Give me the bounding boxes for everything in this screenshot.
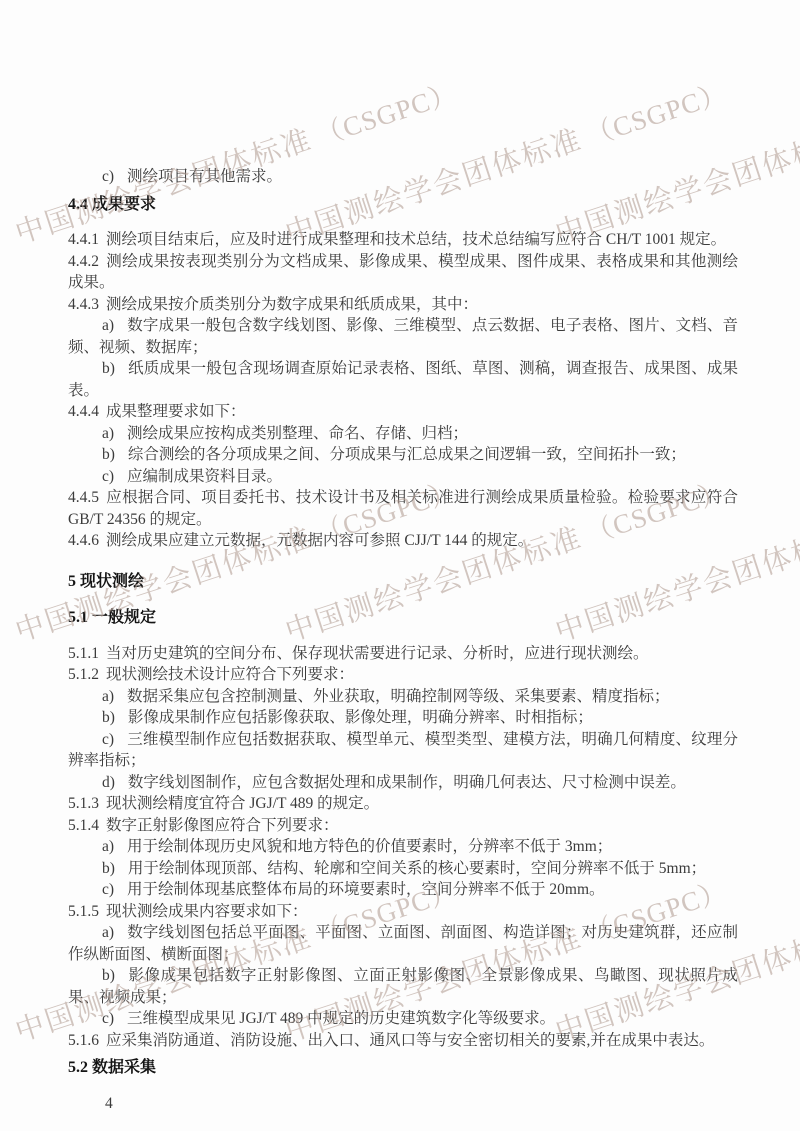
list-item: b)影像成果制作应包括影像获取、影像处理，明确分辨率、时相指标； (68, 707, 738, 729)
document-content: c)测绘项目有其他需求。4.4 成果要求4.4.1测绘项目结束后，应及时进行成果… (0, 0, 800, 1131)
item-label: a) (102, 838, 114, 855)
list-item: b)纸质成果一般包含现场调查原始记录表格、图纸、草图、测稿，调查报告、成果图、成… (68, 358, 738, 401)
item-label: a) (102, 425, 114, 442)
item-label: b) (102, 446, 115, 463)
item-label: 5.1.5 (68, 903, 99, 920)
list-item: d)数字线划图制作，应包含数据处理和成果制作，明确几何表达、尺寸检测中误差。 (68, 772, 738, 794)
item-label: 4.4.5 (68, 489, 99, 506)
item-label: b) (102, 709, 115, 726)
item-text: 影像成果制作应包括影像获取、影像处理，明确分辨率、时相指标； (128, 709, 593, 726)
item-text: 数字成果一般包含数字线划图、影像、三维模型、点云数据、电子表格、图片、文档、音频… (68, 317, 738, 356)
item-label: b) (102, 967, 115, 984)
item-text: 纸质成果一般包含现场调查原始记录表格、图纸、草图、测稿，调查报告、成果图、成果表… (68, 360, 738, 399)
item-label: 5.1.2 (68, 666, 99, 683)
list-item: b)影像成果包括数字正射影像图、立面正射影像图、全景影像成果、鸟瞰图、现状照片成… (68, 965, 738, 1008)
item-text: 数据采集应包含控制测量、外业获取，明确控制网等级、采集要素、精度指标； (127, 688, 670, 705)
item-text: 应采集消防通道、消防设施、出入口、通风口等与安全密切相关的要素,并在成果中表达。 (106, 1032, 714, 1049)
document-page: c)测绘项目有其他需求。4.4 成果要求4.4.1测绘项目结束后，应及时进行成果… (0, 0, 800, 1131)
item-text: 测绘项目结束后，应及时进行成果整理和技术总结，技术总结编写应符合 CH/T 10… (106, 231, 726, 248)
list-item: a)数字线划图包括总平面图、平面图、立面图、剖面图、构造详图；对历史建筑群，还应… (68, 922, 738, 965)
list-item: a)数据采集应包含控制测量、外业获取，明确控制网等级、采集要素、精度指标； (68, 686, 738, 708)
item-label: 4.4.4 (68, 403, 99, 420)
item-text: 数字正射影像图应符合下列要求： (106, 817, 339, 834)
item-label: 5.1.1 (68, 645, 99, 662)
item-text: 三维模型成果见 JGJ/T 489 中规定的历史建筑数字化等级要求。 (127, 1010, 555, 1027)
item-text: 测绘成果应按构成类别整理、命名、存储、归档； (127, 425, 468, 442)
item-text: 应编制成果资料目录。 (127, 468, 282, 485)
page-number: 4 (105, 1095, 113, 1112)
clause-paragraph: 4.4.4成果整理要求如下： (68, 401, 738, 423)
item-text: 成果整理要求如下： (106, 403, 246, 420)
item-label: c) (102, 881, 114, 898)
clause-paragraph: 5.1.3现状测绘精度宜符合 JGJ/T 489 的规定。 (68, 793, 738, 815)
clause-paragraph: 5.1.5现状测绘成果内容要求如下： (68, 901, 738, 923)
section-heading: 4.4 成果要求 (68, 194, 738, 216)
list-item: c)应编制成果资料目录。 (68, 466, 738, 488)
item-text: 现状测绘精度宜符合 JGJ/T 489 的规定。 (106, 795, 379, 812)
item-text: 综合测绘的各分项成果之间、分项成果与汇总成果之间逻辑一致，空间拓扑一致； (128, 446, 686, 463)
clause-paragraph: 4.4.2测绘成果按表现类别分为文档成果、影像成果、模型成果、图件成果、表格成果… (68, 251, 738, 294)
page-footer: 4 (68, 1093, 738, 1115)
item-label: 5.1.3 (68, 795, 99, 812)
item-label: c) (102, 168, 114, 185)
list-item: a)数字成果一般包含数字线划图、影像、三维模型、点云数据、电子表格、图片、文档、… (68, 315, 738, 358)
item-text: 三维模型制作应包括数据获取、模型单元、模型类型、建模方法，明确几何精度、纹理分辨… (68, 731, 738, 770)
item-label: a) (102, 317, 114, 334)
item-label: b) (102, 360, 115, 377)
item-label: a) (102, 924, 114, 941)
clause-paragraph: 5.1.1当对历史建筑的空间分布、保存现状需要进行记录、分析时，应进行现状测绘。 (68, 643, 738, 665)
list-item: c)三维模型成果见 JGJ/T 489 中规定的历史建筑数字化等级要求。 (68, 1008, 738, 1030)
item-label: 4.4.1 (68, 231, 99, 248)
item-label: c) (102, 468, 114, 485)
item-label: c) (102, 731, 114, 748)
item-label: a) (102, 688, 114, 705)
list-item: c)测绘项目有其他需求。 (68, 166, 738, 188)
list-item: a)用于绘制体现历史风貌和地方特色的价值要素时，分辨率不低于 3mm； (68, 836, 738, 858)
item-label: d) (102, 774, 115, 791)
section-heading: 5.2 数据采集 (68, 1057, 738, 1079)
item-label: 4.4.2 (68, 253, 99, 270)
item-text: 用于绘制体现基底整体布局的环境要素时，空间分辨率不低于 20mm。 (127, 881, 605, 898)
item-label: 5.1.6 (68, 1032, 99, 1049)
clause-paragraph: 5.1.6应采集消防通道、消防设施、出入口、通风口等与安全密切相关的要素,并在成… (68, 1030, 738, 1052)
item-text: 影像成果包括数字正射影像图、立面正射影像图、全景影像成果、鸟瞰图、现状照片成果、… (68, 967, 738, 1006)
item-text: 用于绘制体现历史风貌和地方特色的价值要素时，分辨率不低于 3mm； (127, 838, 612, 855)
item-text: 现状测绘技术设计应符合下列要求： (106, 666, 354, 683)
clause-paragraph: 4.4.3测绘成果按介质类别分为数字成果和纸质成果，其中： (68, 294, 738, 316)
list-item: a)测绘成果应按构成类别整理、命名、存储、归档； (68, 423, 738, 445)
item-text: 数字线划图制作，应包含数据处理和成果制作，明确几何表达、尺寸检测中误差。 (128, 774, 686, 791)
chapter-heading: 5 现状测绘 (68, 571, 738, 593)
item-text: 测绘成果按介质类别分为数字成果和纸质成果，其中： (106, 296, 478, 313)
item-text: 应根据合同、项目委托书、技术设计书及相关标准进行测绘成果质量检验。检验要求应符合… (68, 489, 738, 528)
clause-paragraph: 4.4.6测绘成果应建立元数据，元数据内容可参照 CJJ/T 144 的规定。 (68, 530, 738, 552)
clause-paragraph: 5.1.4数字正射影像图应符合下列要求： (68, 815, 738, 837)
list-item: c)三维模型制作应包括数据获取、模型单元、模型类型、建模方法，明确几何精度、纹理… (68, 729, 738, 772)
item-label: c) (102, 1010, 114, 1027)
item-text: 测绘成果按表现类别分为文档成果、影像成果、模型成果、图件成果、表格成果和其他测绘… (68, 253, 738, 292)
section-heading: 5.1 一般规定 (68, 607, 738, 629)
clause-paragraph: 5.1.2现状测绘技术设计应符合下列要求： (68, 664, 738, 686)
item-text: 当对历史建筑的空间分布、保存现状需要进行记录、分析时，应进行现状测绘。 (106, 645, 649, 662)
item-text: 测绘成果应建立元数据，元数据内容可参照 CJJ/T 144 的规定。 (106, 532, 533, 549)
item-label: 5.1.4 (68, 817, 99, 834)
list-item: b)用于绘制体现顶部、结构、轮廓和空间关系的核心要素时，空间分辨率不低于 5mm… (68, 858, 738, 880)
item-label: 4.4.3 (68, 296, 99, 313)
item-text: 用于绘制体现顶部、结构、轮廓和空间关系的核心要素时，空间分辨率不低于 5mm； (128, 860, 706, 877)
clause-paragraph: 4.4.5应根据合同、项目委托书、技术设计书及相关标准进行测绘成果质量检验。检验… (68, 487, 738, 530)
clause-paragraph: 4.4.1测绘项目结束后，应及时进行成果整理和技术总结，技术总结编写应符合 CH… (68, 229, 738, 251)
item-label: b) (102, 860, 115, 877)
item-text: 现状测绘成果内容要求如下： (106, 903, 308, 920)
list-item: b)综合测绘的各分项成果之间、分项成果与汇总成果之间逻辑一致，空间拓扑一致； (68, 444, 738, 466)
item-text: 测绘项目有其他需求。 (127, 168, 282, 185)
item-text: 数字线划图包括总平面图、平面图、立面图、剖面图、构造详图；对历史建筑群，还应制作… (68, 924, 738, 963)
item-label: 4.4.6 (68, 532, 99, 549)
list-item: c)用于绘制体现基底整体布局的环境要素时，空间分辨率不低于 20mm。 (68, 879, 738, 901)
